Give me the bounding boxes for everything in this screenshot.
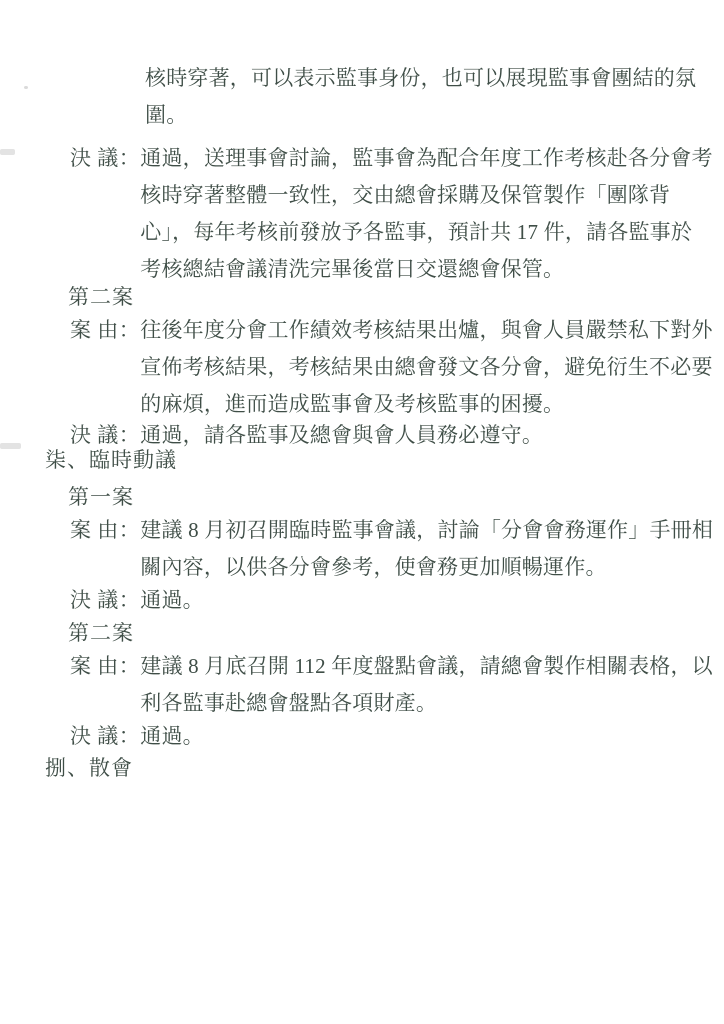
body-line: 通過，請各監事及總會與會人員務必遵守。 bbox=[140, 417, 543, 454]
resolution-paragraph: 決 議： 通過，送理事會討論，監事會為配合年度工作考核赴各分會考 核時穿著整體一… bbox=[70, 140, 713, 288]
body-line: 核時穿著整體一致性，交由總會採購及保管製作「團隊背 bbox=[140, 177, 712, 214]
body-line: 建議 8 月初召開臨時監事會議，討論「分會會務運作」手冊相 bbox=[140, 512, 713, 549]
carryover-paragraph: 核時穿著，可以表示監事身份，也可以展現監事會團結的氛 圍。 bbox=[145, 60, 696, 134]
scan-speck bbox=[24, 86, 28, 89]
section-heading: 柒、臨時動議 bbox=[45, 442, 177, 479]
resolution-paragraph: 決 議： 通過。 bbox=[70, 582, 204, 619]
body-line: 建議 8 月底召開 112 年度盤點會議，請總會製作相關表格，以 bbox=[140, 648, 713, 685]
body-line: 往後年度分會工作績效考核結果出爐，與會人員嚴禁私下對外 bbox=[140, 312, 712, 349]
body-line: 心」，每年考核前發放予各監事，預計共 17 件，請各監事於 bbox=[140, 214, 712, 251]
case-heading: 第二案 bbox=[68, 615, 134, 652]
case-heading: 第一案 bbox=[68, 479, 134, 516]
subject-label: 案 由： bbox=[70, 512, 140, 549]
resolution-label: 決 議： bbox=[70, 140, 140, 177]
subject-label: 案 由： bbox=[70, 312, 140, 349]
scan-streak bbox=[0, 443, 21, 449]
body-line: 通過。 bbox=[140, 582, 204, 619]
body-line: 關內容，以供各分會參考，使會務更加順暢運作。 bbox=[140, 549, 713, 586]
subject-paragraph: 案 由： 建議 8 月底召開 112 年度盤點會議，請總會製作相關表格，以 利各… bbox=[70, 648, 713, 722]
body-line: 通過。 bbox=[140, 718, 204, 755]
body-line: 圍。 bbox=[145, 97, 696, 134]
subject-label: 案 由： bbox=[70, 648, 140, 685]
body-line: 宣佈考核結果，考核結果由總會發文各分會，避免衍生不必要 bbox=[140, 349, 712, 386]
scan-streak bbox=[0, 149, 15, 155]
subject-paragraph: 案 由： 往後年度分會工作績效考核結果出爐，與會人員嚴禁私下對外 宣佈考核結果，… bbox=[70, 312, 713, 423]
scanned-document-page: 核時穿著，可以表示監事身份，也可以展現監事會團結的氛 圍。 決 議： 通過，送理… bbox=[0, 0, 724, 1024]
body-line: 核時穿著，可以表示監事身份，也可以展現監事會團結的氛 bbox=[145, 60, 696, 97]
subject-paragraph: 案 由： 建議 8 月初召開臨時監事會議，討論「分會會務運作」手冊相 關內容，以… bbox=[70, 512, 713, 586]
body-line: 利各監事赴總會盤點各項財產。 bbox=[140, 685, 713, 722]
body-line: 考核總結會議清洗完畢後當日交還總會保管。 bbox=[140, 251, 712, 288]
case-heading: 第二案 bbox=[68, 279, 134, 316]
resolution-label: 決 議： bbox=[70, 582, 140, 619]
body-line: 通過，送理事會討論，監事會為配合年度工作考核赴各分會考 bbox=[140, 140, 712, 177]
section-heading: 捌、散會 bbox=[45, 750, 133, 787]
